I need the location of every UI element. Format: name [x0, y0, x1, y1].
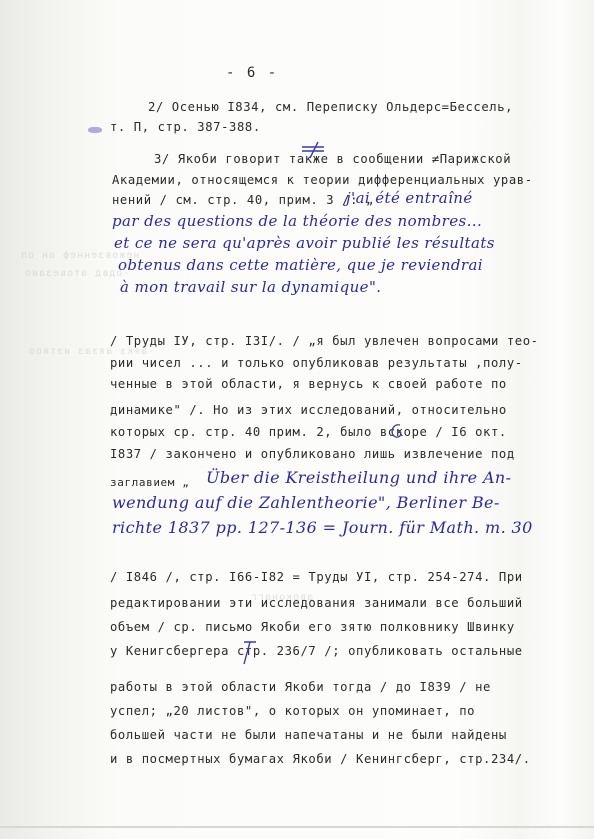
handwritten-quote-line: à mon travail sur la dynamique".	[120, 278, 381, 296]
continuation-line: большей части не были напечатаны и не бы…	[110, 728, 507, 742]
translation-line: которых ср. стр. 40 прим. 2, было вскоре…	[110, 425, 507, 439]
footnote-3-line: нений / см. стр. 40, прим. 3 /: „	[112, 193, 374, 207]
handwritten-title-line: richte 1837 pp. 127-136 = Journ. für Mat…	[112, 518, 533, 537]
correction-mark-icon	[240, 640, 260, 666]
handwritten-quote-line: par des questions de la théorie des nomb…	[112, 212, 482, 230]
translation-line: заглавием „	[110, 476, 189, 489]
translation-line: рии чисел ... и только опубликовав резул…	[110, 356, 523, 370]
handwritten-quote-line: j'ai été entraîné	[346, 189, 473, 207]
translation-line: / Труды IУ, стр. I3I/. / „я был увлечен …	[110, 334, 539, 348]
continuation-line: / I846 /, стр. I66-I82 = Труды УI, стр. …	[110, 570, 523, 584]
scanned-page: нежовзеннеф ан оп -одвд атовезаио -аякз …	[0, 0, 594, 839]
correction-mark-icon	[386, 421, 406, 441]
footnote-3-line: Академии, относящемся к теории дифференц…	[112, 173, 533, 187]
show-through-text: -одвд атовезаио	[24, 268, 129, 279]
footnote-2-line: т. П, стр. 387-388.	[110, 120, 261, 134]
translation-line: динамике" /. Но из этих исследований, от…	[110, 403, 507, 417]
footnote-3-line: 3/ Якоби говорит также в сообщении ≠Пари…	[154, 152, 511, 166]
translation-line: ченные в этой области, я вернусь к своей…	[110, 377, 507, 391]
page-bottom-edge	[0, 826, 594, 828]
handwritten-quote-line: et ce ne sera qu'après avoir publié les …	[114, 234, 495, 252]
continuation-line: объем / ср. письмо Якоби его зятю полков…	[110, 620, 515, 634]
ink-smudge	[88, 127, 102, 133]
continuation-line: работы в этой области Якоби тогда / до I…	[110, 680, 491, 694]
handwritten-quote-line: obtenus dans cette matière, que je revie…	[118, 256, 483, 274]
footnote-2-line: 2/ Осенью I834, см. Переписку Ольдерс=Бе…	[148, 100, 513, 114]
continuation-line: и в посмертных бумагах Якоби / Кенингсбе…	[110, 752, 531, 766]
continuation-line: успел; „20 листов", о которых он упомина…	[110, 704, 475, 718]
translation-line: I837 / закончено и опубликовано лишь изв…	[110, 447, 515, 461]
correction-mark-icon	[300, 140, 330, 160]
handwritten-title-line: Über die Kreistheilung und ihre An-	[206, 468, 511, 487]
continuation-line: редактировании эти исследования занимали…	[110, 596, 523, 610]
continuation-line: у Кенигсбергера стр. 236/7 /; опубликова…	[110, 644, 523, 658]
page-number: - 6 -	[226, 65, 278, 81]
handwritten-title-line: wendung auf die Zahlentheorie", Berliner…	[112, 493, 500, 512]
